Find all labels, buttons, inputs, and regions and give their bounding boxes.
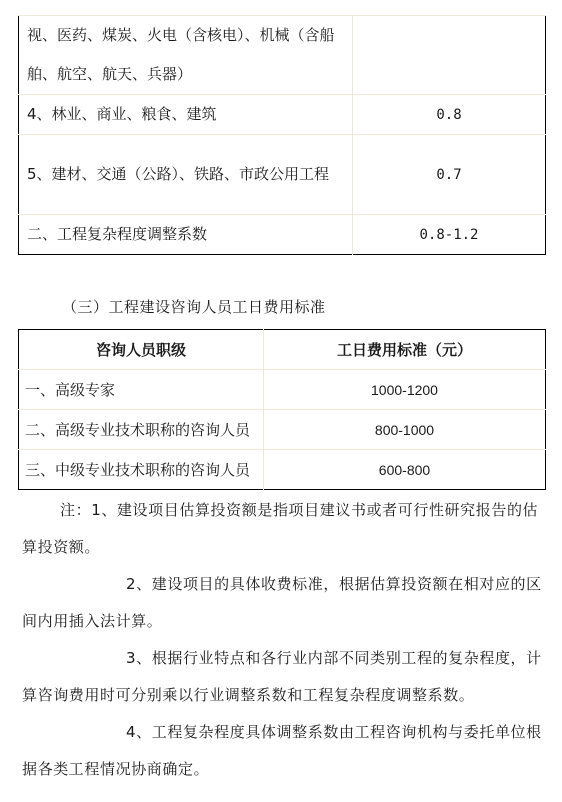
section-heading: （三）工程建设咨询人员工日费用标准: [62, 296, 326, 317]
table-row: 视、医药、煤炭、火电（含核电）、机械（含船舶、航空、航天、兵器）: [19, 16, 546, 95]
consultant-level: 二、高级专业技术职称的咨询人员: [19, 410, 264, 450]
industry-label: 5、建材、交通（公路）、铁路、市政公用工程: [19, 135, 353, 215]
table-row: 5、建材、交通（公路）、铁路、市政公用工程 0.7: [19, 135, 546, 215]
table-row: 一、高级专家 1000-1200: [19, 370, 546, 410]
industry-coefficient: 0.8: [353, 95, 546, 135]
industry-coefficient: [353, 16, 546, 95]
table-header-row: 咨询人员职级 工日费用标准（元）: [19, 330, 546, 370]
industry-label: 4、林业、商业、粮食、建筑: [19, 95, 353, 135]
consultant-level: 一、高级专家: [19, 370, 264, 410]
consultant-level: 三、中级专业技术职称的咨询人员: [19, 450, 264, 490]
table-row: 二、工程复杂程度调整系数 0.8-1.2: [19, 215, 546, 255]
note-1: 注：1、建设项目估算投资额是指项目建议书或者可行性研究报告的估算投资额。: [22, 492, 542, 566]
table-row: 4、林业、商业、粮食、建筑 0.8: [19, 95, 546, 135]
daily-fee: 600-800: [264, 450, 546, 490]
column-header-level: 咨询人员职级: [19, 330, 264, 370]
industry-adjustment-table: 视、医药、煤炭、火电（含核电）、机械（含船舶、航空、航天、兵器） 4、林业、商业…: [18, 15, 546, 255]
table-row: 二、高级专业技术职称的咨询人员 800-1000: [19, 410, 546, 450]
daily-fee: 800-1000: [264, 410, 546, 450]
note-3: 3、根据行业特点和各行业内部不同类别工程的复杂程度，计算咨询费用时可分别乘以行业…: [22, 640, 542, 714]
industry-coefficient: 0.7: [353, 135, 546, 215]
table-row: 三、中级专业技术职称的咨询人员 600-800: [19, 450, 546, 490]
industry-label: 二、工程复杂程度调整系数: [19, 215, 353, 255]
industry-coefficient: 0.8-1.2: [353, 215, 546, 255]
column-header-fee: 工日费用标准（元）: [264, 330, 546, 370]
note-2: 2、建设项目的具体收费标准，根据估算投资额在相对应的区间内用插入法计算。: [22, 566, 542, 640]
consultant-fee-table: 咨询人员职级 工日费用标准（元） 一、高级专家 1000-1200 二、高级专业…: [18, 329, 546, 490]
note-4: 4、工程复杂程度具体调整系数由工程咨询机构与委托单位根据各类工程情况协商确定。: [22, 714, 542, 788]
daily-fee: 1000-1200: [264, 370, 546, 410]
industry-label: 视、医药、煤炭、火电（含核电）、机械（含船舶、航空、航天、兵器）: [19, 16, 353, 95]
